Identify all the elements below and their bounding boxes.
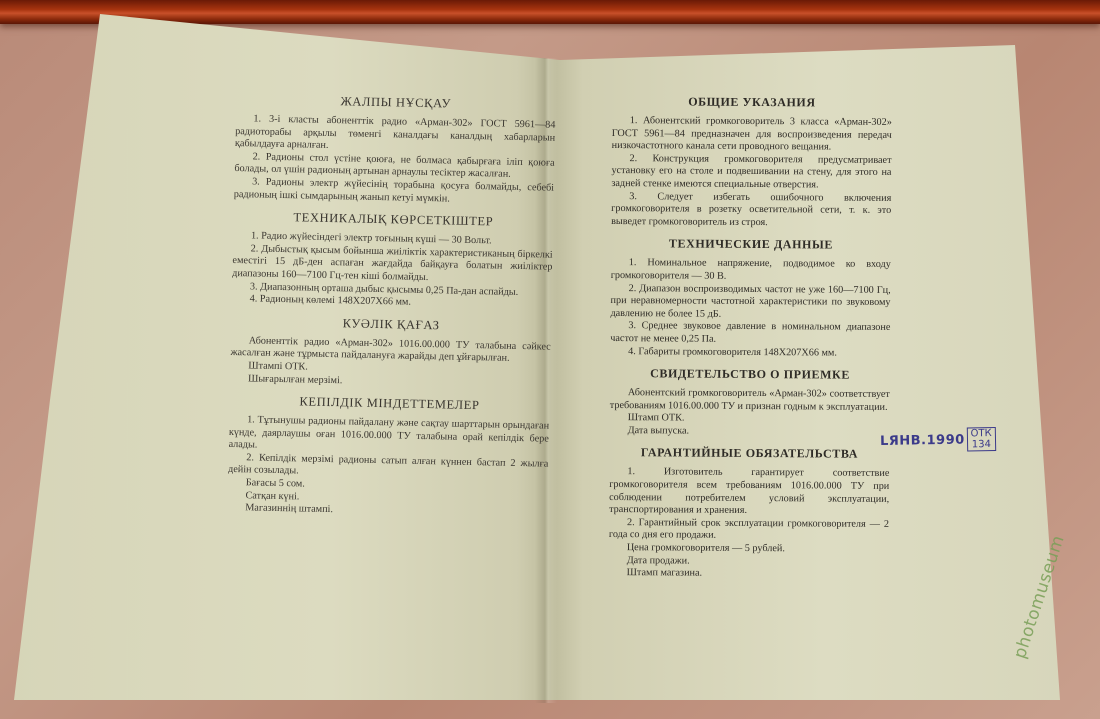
paragraph: 1. Номинальное напряжение, подводимое ко… — [611, 257, 891, 284]
otk-number: 134 — [972, 439, 991, 450]
stamp-date: ЯНВ.1990 — [889, 432, 965, 448]
section-heading: ТЕХНИКАЛЫҚ КӨРСЕТКІШТЕР — [233, 209, 553, 231]
otk-date-stamp: L ЯНВ.1990 ОТК 134 — [880, 427, 996, 453]
form-line: Дата выпуска. — [610, 425, 890, 440]
paragraph: 2. Конструкция громкоговорителя предусма… — [611, 153, 891, 193]
section-general-instructions-ru: ОБЩИЕ УКАЗАНИЯ 1. Абонентский громкогово… — [611, 94, 892, 230]
paragraph: 4. Габариты громкоговорителя 148Х207Х66 … — [610, 345, 890, 360]
paragraph: 2. Диапазон воспроизводимых частот не уж… — [610, 283, 890, 323]
paragraph: 2. Дыбыстық қысым бойынша жиіліктік хара… — [232, 243, 553, 287]
section-certificate-kz: КУӘЛІК ҚАҒАЗ Абоненттік радио «Арман-302… — [230, 314, 551, 392]
section-heading: СВИДЕТЕЛЬСТВО О ПРИЕМКЕ — [610, 366, 890, 383]
section-heading: ТЕХНИЧЕСКИЕ ДАННЫЕ — [611, 236, 891, 253]
instruction-leaflet: ЖАЛПЫ НҰСҚАУ 1. 3-і класты абоненттік ра… — [0, 0, 1100, 719]
paragraph: 1. Абонентский громкоговоритель 3 класса… — [612, 115, 892, 155]
right-page-russian: ОБЩИЕ УКАЗАНИЯ 1. Абонентский громкогово… — [609, 94, 892, 590]
stamp-prefix: L — [880, 433, 889, 448]
otk-label: ОТК — [971, 428, 992, 439]
form-line: Штамп магазина. — [609, 567, 889, 582]
paragraph: 2. Гарантийный срок эксплуатации громког… — [609, 517, 889, 544]
section-heading: ОБЩИЕ УКАЗАНИЯ — [612, 94, 892, 111]
section-warranty-kz: КЕПІЛДІК МІНДЕТТЕМЕЛЕР 1. Тұтынушы радио… — [227, 393, 549, 521]
section-warranty-ru: ГАРАНТИЙНЫЕ ОБЯЗАТЕЛЬСТВА 1. Изготовител… — [609, 445, 890, 581]
paragraph: Абонентский громкоговоритель «Арман-302»… — [610, 387, 890, 414]
section-acceptance-certificate-ru: СВИДЕТЕЛЬСТВО О ПРИЕМКЕ Абонентский гром… — [610, 366, 890, 439]
paragraph: 1. Изготовитель гарантирует соответствие… — [609, 466, 889, 518]
left-page-kazakh: ЖАЛПЫ НҰСҚАУ 1. 3-і класты абоненттік ра… — [227, 92, 556, 529]
otk-box: ОТК 134 — [967, 427, 997, 452]
section-heading: ГАРАНТИЙНЫЕ ОБЯЗАТЕЛЬСТВА — [609, 445, 889, 462]
paragraph: 3. Следует избегать ошибочного включения… — [611, 191, 891, 231]
paragraph: 1. 3-і класты абоненттік радио «Арман-30… — [235, 113, 556, 157]
paragraph: 3. Радионы электр жүйесінің торабына қос… — [234, 176, 554, 208]
section-general-instructions-kz: ЖАЛПЫ НҰСҚАУ 1. 3-і класты абоненттік ра… — [234, 92, 556, 208]
paragraph: 3. Среднее звуковое давление в номинальн… — [610, 320, 890, 347]
section-heading: КУӘЛІК ҚАҒАЗ — [231, 314, 551, 336]
section-heading: КЕПІЛДІК МІНДЕТТЕМЕЛЕР — [229, 393, 549, 415]
section-technical-specs-kz: ТЕХНИКАЛЫҚ КӨРСЕТКІШТЕР 1. Радио жүйесін… — [232, 209, 554, 312]
section-technical-data-ru: ТЕХНИЧЕСКИЕ ДАННЫЕ 1. Номинальное напряж… — [610, 236, 891, 360]
